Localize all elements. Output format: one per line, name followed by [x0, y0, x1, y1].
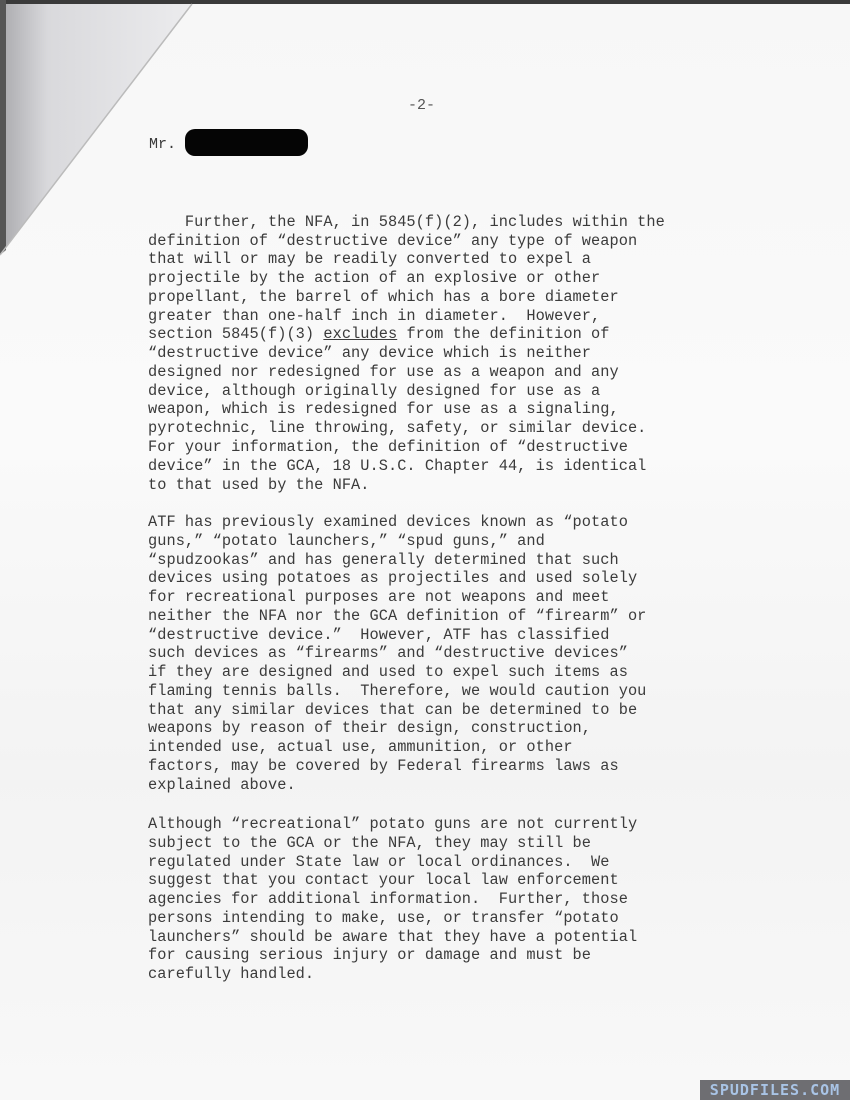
paragraph-atf-examination: ATF has previously examined devices know…: [148, 513, 708, 794]
salutation: Mr.: [149, 136, 176, 153]
line-section-suffix: from the definition of: [397, 325, 609, 343]
spudfiles-watermark: SPUDFILES.COM: [700, 1080, 850, 1100]
paragraph-state-law: Although “recreational” potato guns are …: [148, 815, 708, 984]
line-section-prefix: section 5845(f)(3): [148, 325, 323, 343]
paragraph-nfa-definition: Further, the NFA, in 5845(f)(2), include…: [148, 194, 708, 457]
paragraph-gca-definition: For your information, the definition of …: [148, 438, 708, 494]
paragraph-lines-after: “destructive device” any device which is…: [148, 344, 646, 437]
underlined-word-excludes: excludes: [323, 325, 397, 343]
scanned-letter-page: -2- Mr. Further, the NFA, in 5845(f)(2),…: [0, 0, 850, 1100]
page-number: -2-: [408, 97, 435, 114]
redacted-name-block: [185, 129, 308, 156]
paragraph-lines: Further, the NFA, in 5845(f)(2), include…: [148, 213, 665, 325]
